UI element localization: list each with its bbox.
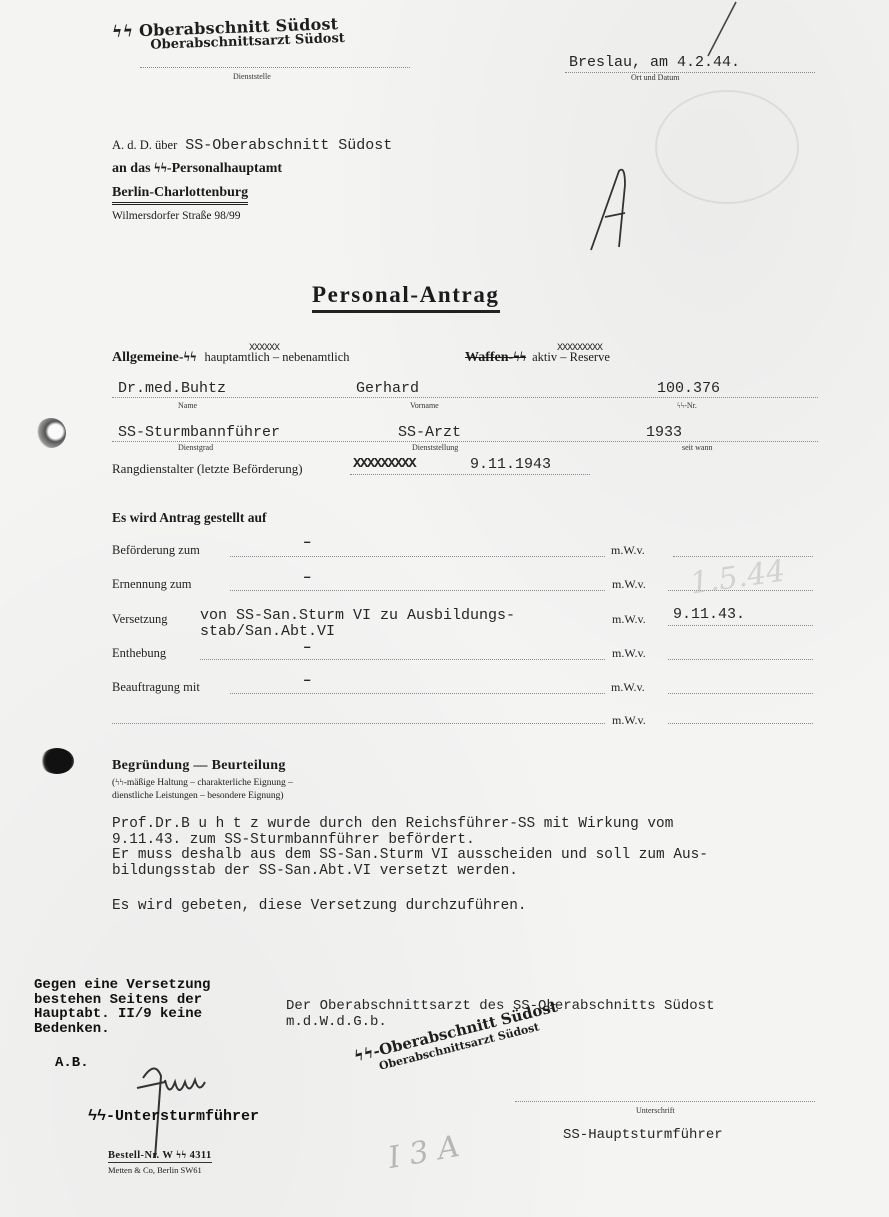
antrag-row-mwv-line [673,556,813,557]
antrag-row-value: – [303,570,311,586]
antrag-row-mwv: m.W.v. [612,713,646,728]
ss-nr-caption: ϟϟ-Nr. [677,401,697,410]
rangdienstalter-value: 9.11.1943 [470,456,551,473]
rangdienstalter-label: Rangdienstalter (letzte Beförderung) [112,461,303,477]
place-date-line [565,72,815,73]
category-line: Allgemeine-ϟϟ hauptamtlich – nebenamtlic… [112,348,350,366]
note-rank: ϟϟ-Untersturmführer [88,1108,259,1125]
dienststellung-value: SS-Arzt [398,424,461,441]
footer-printer: Metten & Co, Berlin SW61 [108,1165,202,1175]
antrag-row-mwv-line [668,625,813,626]
begruendung-text-line: Er muss deshalb aus dem SS-San.Sturm VI … [112,848,708,864]
begruendung-sub-2: dienstliche Leistungen – besondere Eignu… [112,791,283,801]
note-line: Bedenken. [34,1022,210,1037]
note-ab: A.B. [55,1055,89,1071]
dienstgrad-caption: Dienstgrad [178,443,213,452]
begruendung-text: Prof.Dr.B u h t z wurde durch den Reichs… [112,817,708,879]
row1-line [112,397,818,398]
antrag-row-line [200,659,605,660]
antrag-row-mwv-value: 9.11.43. [673,606,745,623]
punch-hole-bottom [40,748,74,774]
place-date-caption: Ort und Datum [631,73,679,82]
handwritten-date-faint: 1.5.44 [688,554,787,602]
handwritten-mark-a [585,165,635,255]
note-line: Gegen eine Versetzung [34,978,210,993]
antrag-row-mwv-line [668,659,813,660]
handwritten-stroke-top [700,0,740,60]
antrag-row-mwv-line [668,723,813,724]
antrag-row-label: Beauftragung mit [112,680,200,695]
antrag-row-line [230,693,605,694]
document-page: ϟϟ Oberabschnitt Südost Oberabschnittsar… [0,0,889,1217]
address-line-2: an das ϟϟ-Personalhauptamt [112,161,282,177]
rangdienstalter-strike: XXXXXXXXX [353,456,415,472]
allgemeine-strike: XXXXXX [249,343,279,354]
name-value: Dr.med.Buhtz [118,380,226,397]
address-line-3: Berlin-Charlottenburg [112,185,248,205]
signature-line [515,1101,815,1102]
antrag-row-label: Ernennung zum [112,577,192,592]
waffen-strike: XXXXXXXXX [557,343,602,354]
antrag-row-mwv: m.W.v. [611,543,645,558]
handwritten-initials: I 3 A [386,1129,463,1176]
begruendung-request: Es wird gebeten, diese Versetzung durchz… [112,898,527,914]
dienststelle-caption: Dienststelle [233,72,271,81]
faint-round-stamp [655,90,799,204]
antrag-row-line [230,590,605,591]
address-prefix: A. d. D. über [112,138,177,152]
antrag-row-mwv: m.W.v. [611,680,645,695]
waffen-ss-label: Waffen-ϟϟ [465,350,526,365]
footer-order-no: Bestell-Nr. W ϟϟ 4311 [108,1150,212,1163]
begruendung-text-line: Prof.Dr.B u h t z wurde durch den Reichs… [112,817,708,833]
antrag-row-line [230,556,605,557]
antrag-heading: Es wird Antrag gestellt auf [112,510,267,526]
address-line-4: Wilmersdorfer Straße 98/99 [112,210,241,222]
header-stamp: ϟϟ Oberabschnitt Südost Oberabschnittsar… [112,14,346,54]
name-caption: Name [178,401,197,410]
ss-nr-value: 100.376 [657,380,720,397]
punch-hole-top [36,418,66,448]
antrag-row-value: – [303,535,311,551]
page-title: Personal-Antrag [312,282,500,313]
note-line: Hauptabt. II/9 keine [34,1007,210,1022]
address-line-1: A. d. D. über SS-Oberabschnitt Südost [112,136,392,154]
antrag-row-mwv-line [668,693,813,694]
signature-caption: Unterschrift [636,1106,675,1115]
antrag-row-mwv: m.W.v. [612,577,646,592]
antrag-row-mwv: m.W.v. [612,646,646,661]
seit-value: 1933 [646,424,682,441]
antrag-row-value: von SS-San.Sturm VI zu Ausbildungs- [200,607,515,624]
dienststellung-caption: Dienststellung [412,443,458,452]
seit-caption: seit wann [682,443,712,452]
vorname-caption: Vorname [410,401,439,410]
antrag-row-label: Beförderung zum [112,543,200,558]
signature-rank: SS-Hauptsturmführer [563,1127,723,1143]
dienstgrad-value: SS-Sturmbannführer [118,424,280,441]
allgemeine-ss-label: Allgemeine-ϟϟ [112,350,196,365]
antrag-row-value: – [303,640,311,656]
begruendung-text-line: bildungsstab der SS-San.Abt.VI versetzt … [112,864,708,880]
antrag-row-label: Enthebung [112,646,166,661]
begruendung-text-line: 9.11.43. zum SS-Sturmbannführer beförder… [112,833,708,849]
begruendung-heading: Begründung — Beurteilung [112,758,286,774]
antrag-row-value-line2: stab/San.Abt.VI [200,623,335,640]
note-line: bestehen Seitens der [34,993,210,1008]
antrag-row-value: – [303,673,311,689]
antrag-row-line [112,723,605,724]
dienststelle-line [140,67,410,68]
antrag-row-label: Versetzung [112,612,168,627]
rangdienstalter-line [350,474,590,475]
vorname-value: Gerhard [356,380,419,397]
begruendung-sub-1: (ϟϟ-mäßige Haltung – charakterliche Eign… [112,778,293,788]
signature-line-2: m.d.W.d.G.b. [286,1014,387,1030]
antrag-row-mwv: m.W.v. [612,612,646,627]
row2-line [112,441,818,442]
address-typed: SS-Oberabschnitt Südost [185,137,392,154]
note-block: Gegen eine Versetzung bestehen Seitens d… [34,978,210,1036]
